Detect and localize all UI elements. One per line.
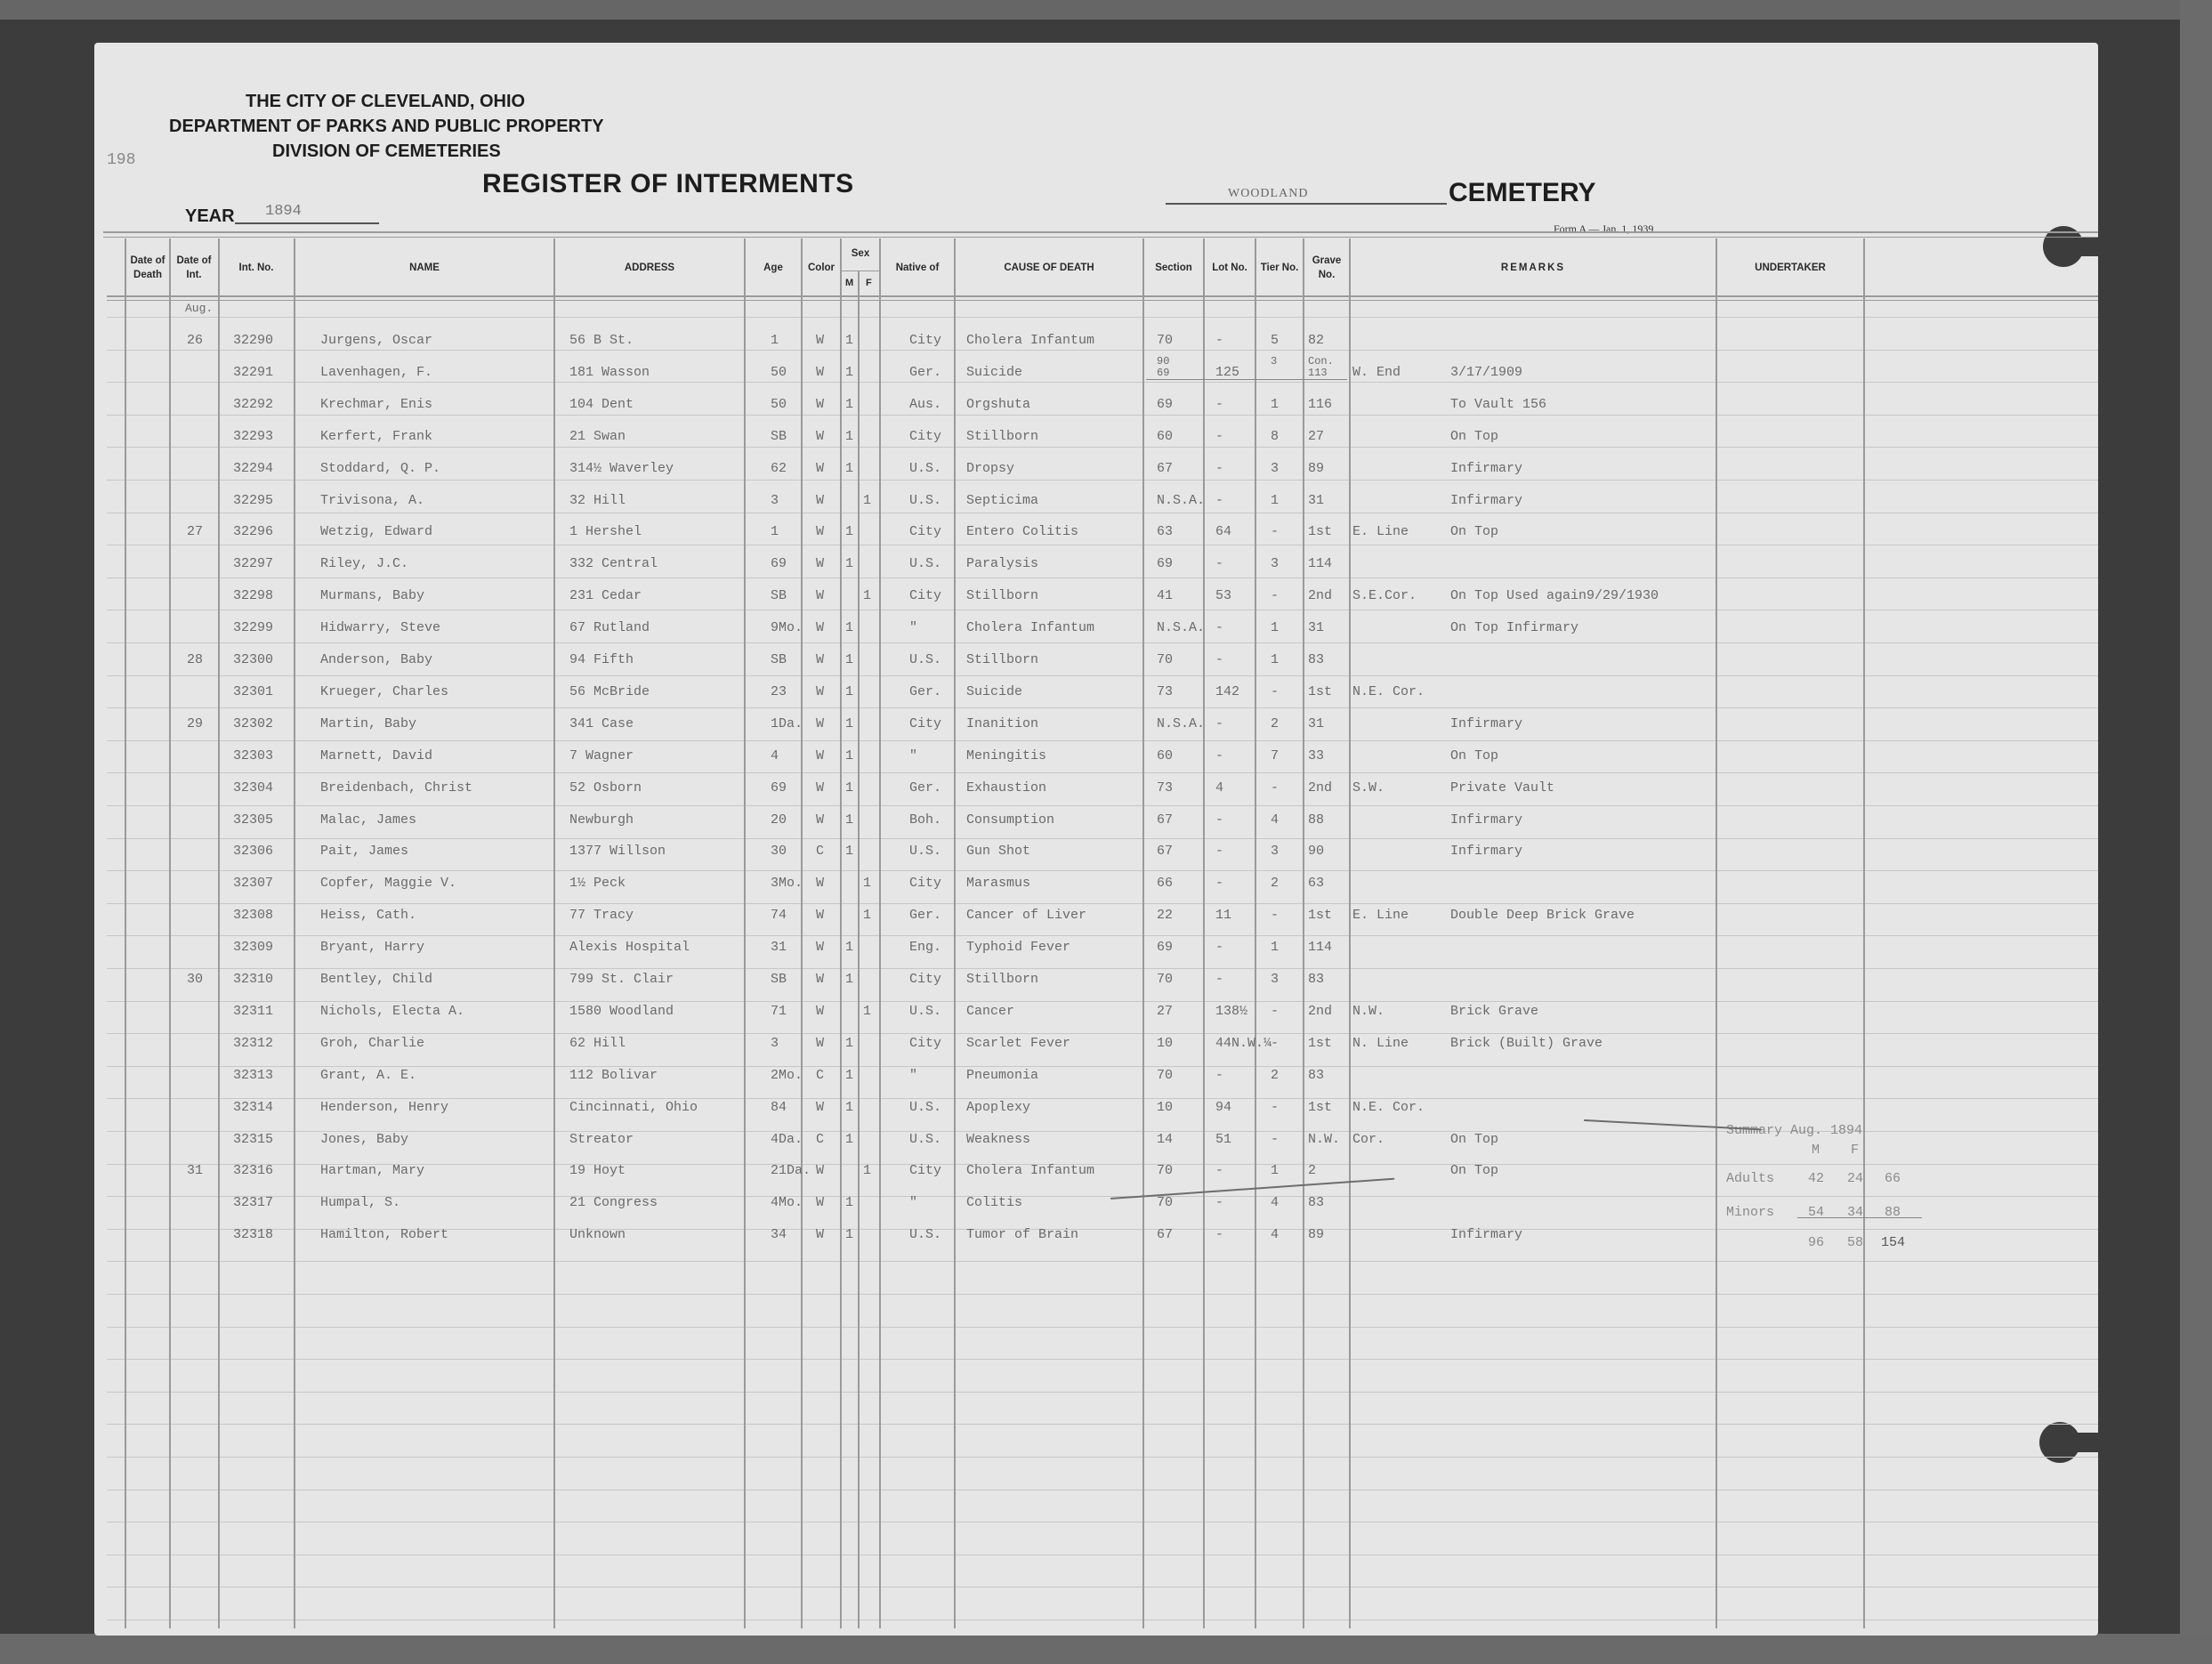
- native-of-cell: City: [909, 716, 941, 732]
- native-of-cell: City: [909, 1036, 941, 1052]
- section-cell: N.S.A.: [1157, 716, 1205, 732]
- age-cell: 3Mo.: [771, 876, 803, 892]
- cause-of-death-cell: Meningitis: [966, 748, 1046, 764]
- col-header-remarks: REMARKS: [1351, 240, 1716, 297]
- ledger-line: [107, 317, 2098, 318]
- location-cell: E. Line: [1352, 524, 1409, 540]
- native-of-cell: U.S.: [909, 493, 941, 509]
- name-cell: Bryant, Harry: [320, 940, 424, 956]
- ledger-line: [107, 870, 2098, 871]
- age-cell: 69: [771, 780, 787, 796]
- native-of-cell: City: [909, 588, 941, 604]
- grave-no-cell: 2nd: [1308, 1004, 1332, 1020]
- location-cell: N.E. Cor.: [1352, 1100, 1425, 1116]
- remarks-cell: Brick (Built) Grave: [1450, 1036, 1602, 1052]
- int-no-cell: 32303: [233, 748, 273, 764]
- mount-bottom-edge: [0, 1634, 2212, 1664]
- section-cell: 70: [1157, 1163, 1173, 1179]
- ledger-line: [107, 740, 2098, 741]
- age-cell: SB: [771, 588, 787, 604]
- ledger-line: [107, 935, 2098, 936]
- ledger-line: [107, 1001, 2098, 1002]
- address-cell: 104 Dent: [569, 397, 634, 413]
- grave-no-cell: 88: [1308, 812, 1324, 828]
- tier-no-cell: -: [1271, 684, 1279, 700]
- address-cell: 1 Hershel: [569, 524, 642, 540]
- section-cell: 67: [1157, 1227, 1173, 1243]
- int-no-cell: 32297: [233, 556, 273, 572]
- margin-page-note: 198: [107, 151, 135, 169]
- int-no-cell: 32291: [233, 365, 273, 381]
- ledger-line: [107, 838, 2098, 839]
- address-cell: 1377 Willson: [569, 844, 666, 860]
- ledger-line: [107, 903, 2098, 904]
- cause-of-death-cell: Scarlet Fever: [966, 1036, 1070, 1052]
- name-cell: Hamilton, Robert: [320, 1227, 448, 1243]
- ledger-line: [107, 1196, 2098, 1197]
- name-cell: Riley, J.C.: [320, 556, 408, 572]
- sex-m-cell: 1: [845, 1195, 853, 1211]
- name-cell: Jones, Baby: [320, 1132, 408, 1148]
- ledger-line: [107, 1424, 2098, 1425]
- col-divider: [1142, 238, 1144, 1628]
- int-no-cell: 32316: [233, 1163, 273, 1179]
- native-of-cell: City: [909, 429, 941, 445]
- color-cell: W: [816, 1004, 824, 1020]
- mount-top-edge: [0, 0, 2212, 20]
- col-divider: [553, 238, 555, 1628]
- grave-no-cell: 27: [1308, 429, 1324, 445]
- tier-no-cell: -: [1271, 524, 1279, 540]
- address-cell: Cincinnati, Ohio: [569, 1100, 698, 1116]
- summary-minors-label: Minors: [1726, 1205, 1774, 1220]
- ledger-line: [107, 1490, 2098, 1490]
- remarks-cell: On Top: [1450, 429, 1498, 445]
- color-cell: W: [816, 461, 824, 477]
- cause-of-death-cell: Stillborn: [966, 652, 1038, 668]
- date-of-int-cell: 31: [187, 1163, 203, 1179]
- name-cell: Jurgens, Oscar: [320, 333, 432, 349]
- grave-no-cell: 90: [1308, 844, 1324, 860]
- col-header-sex: Sex: [842, 240, 879, 269]
- name-cell: Hartman, Mary: [320, 1163, 424, 1179]
- name-cell: Bentley, Child: [320, 972, 432, 988]
- tier-no-cell: 5: [1271, 333, 1279, 349]
- summary-sum-rule: [1797, 1217, 1922, 1218]
- address-cell: 332 Central: [569, 556, 658, 572]
- name-cell: Krechmar, Enis: [320, 397, 432, 413]
- age-cell: 1: [771, 524, 779, 540]
- ledger-line: [107, 382, 2098, 383]
- name-cell: Trivisona, A.: [320, 493, 424, 509]
- int-no-cell: 32293: [233, 429, 273, 445]
- name-cell: Wetzig, Edward: [320, 524, 432, 540]
- color-cell: W: [816, 876, 824, 892]
- sex-f-cell: 1: [863, 908, 871, 924]
- sex-m-cell: 1: [845, 844, 853, 860]
- grave-no-cell: 89: [1308, 1227, 1324, 1243]
- lot-no-cell: -: [1215, 1163, 1223, 1179]
- color-cell: W: [816, 493, 824, 509]
- color-cell: W: [816, 588, 824, 604]
- cause-of-death-cell: Marasmus: [966, 876, 1030, 892]
- cause-of-death-cell: Weakness: [966, 1132, 1030, 1148]
- summary-col-f: F: [1851, 1143, 1859, 1158]
- summary-total-m: 96: [1808, 1235, 1824, 1250]
- address-cell: 181 Wasson: [569, 365, 650, 381]
- col-divider: [294, 238, 295, 1628]
- sex-m-cell: 1: [845, 716, 853, 732]
- color-cell: W: [816, 524, 824, 540]
- int-no-cell: 32315: [233, 1132, 273, 1148]
- sex-m-cell: 1: [845, 429, 853, 445]
- remarks-cell: On Top: [1450, 748, 1498, 764]
- lot-no-cell: 94: [1215, 1100, 1231, 1116]
- section-cell: 66: [1157, 876, 1173, 892]
- color-cell: W: [816, 940, 824, 956]
- remarks-cell: Double Deep Brick Grave: [1450, 908, 1635, 924]
- address-cell: 314½ Waverley: [569, 461, 674, 477]
- int-no-cell: 32290: [233, 333, 273, 349]
- sex-m-cell: 1: [845, 812, 853, 828]
- sex-m-cell: 1: [845, 972, 853, 988]
- age-cell: 4: [771, 748, 779, 764]
- lot-no-cell: 53: [1215, 588, 1231, 604]
- sex-m-cell: 1: [845, 652, 853, 668]
- tier-no-cell: 4: [1271, 1227, 1279, 1243]
- grave-no-cell: 1st: [1308, 1100, 1332, 1116]
- section-cell: 60: [1157, 748, 1173, 764]
- grave-no-cell: 2nd: [1308, 588, 1332, 604]
- ledger-line: [107, 1033, 2098, 1034]
- tier-no-cell: 4: [1271, 1195, 1279, 1211]
- year-label: YEAR: [185, 206, 235, 227]
- section-cell: 67: [1157, 844, 1173, 860]
- tier-no-cell: 7: [1271, 748, 1279, 764]
- location-cell: S.W.: [1352, 780, 1385, 796]
- address-cell: 341 Case: [569, 716, 634, 732]
- sex-m-cell: 1: [845, 333, 853, 349]
- section-cell: 27: [1157, 1004, 1173, 1020]
- age-cell: 84: [771, 1100, 787, 1116]
- ledger-line: [107, 772, 2098, 773]
- date-of-int-cell: 28: [187, 652, 203, 668]
- col-header-cause-of-death: CAUSE OF DEATH: [956, 240, 1142, 297]
- sex-f-cell: 1: [863, 876, 871, 892]
- grave-no-cell: 33: [1308, 748, 1324, 764]
- age-cell: 34: [771, 1227, 787, 1243]
- sex-m-cell: 1: [845, 940, 853, 956]
- grave-no-cell: Con.113: [1308, 356, 1334, 379]
- age-cell: 2Mo.: [771, 1068, 803, 1084]
- address-cell: 67 Rutland: [569, 620, 650, 636]
- location-cell: Cor.: [1352, 1132, 1385, 1148]
- col-header-tier-no: Tier No.: [1256, 240, 1303, 297]
- remarks-cell: Infirmary: [1450, 716, 1522, 732]
- color-cell: W: [816, 812, 824, 828]
- lot-no-cell: -: [1215, 876, 1223, 892]
- division-heading: DIVISION OF CEMETERIES: [272, 141, 501, 162]
- header-top-rule: [103, 231, 2098, 233]
- remarks-cell: 3/17/1909: [1450, 365, 1522, 381]
- col-divider: [1863, 238, 1865, 1628]
- col-divider: [840, 238, 842, 1628]
- cause-of-death-cell: Exhaustion: [966, 780, 1046, 796]
- section-cell: 70: [1157, 652, 1173, 668]
- color-cell: W: [816, 716, 824, 732]
- name-cell: Hidwarry, Steve: [320, 620, 440, 636]
- remarks-cell: On Top: [1450, 1132, 1498, 1148]
- form-reference: Form A — Jan. 1, 1939: [1554, 222, 1653, 236]
- tier-no-cell: 1: [1271, 940, 1279, 956]
- ledger-line: [107, 1620, 2098, 1620]
- name-cell: Humpal, S.: [320, 1195, 400, 1211]
- sex-m-cell: 1: [845, 1100, 853, 1116]
- section-cell: 67: [1157, 461, 1173, 477]
- col-header-native-of: Native of: [881, 240, 954, 297]
- lot-no-cell: -: [1215, 844, 1223, 860]
- ledger-line: [107, 415, 2098, 416]
- name-cell: Marnett, David: [320, 748, 432, 764]
- city-heading: THE CITY OF CLEVELAND, OHIO: [246, 92, 525, 112]
- cause-of-death-cell: Consumption: [966, 812, 1054, 828]
- sex-m-cell: 1: [845, 524, 853, 540]
- ledger-line: [107, 350, 2098, 351]
- ledger-line: [107, 578, 2098, 578]
- age-cell: 62: [771, 461, 787, 477]
- grave-no-cell: 116: [1308, 397, 1332, 413]
- ledger-line: [107, 1066, 2098, 1067]
- tier-no-cell: 8: [1271, 429, 1279, 445]
- date-of-int-cell: 30: [187, 972, 203, 988]
- address-cell: 1½ Peck: [569, 876, 626, 892]
- tier-no-cell: -: [1271, 1036, 1279, 1052]
- name-cell: Kerfert, Frank: [320, 429, 432, 445]
- color-cell: W: [816, 972, 824, 988]
- tier-no-cell: -: [1271, 1100, 1279, 1116]
- native-of-cell: U.S.: [909, 1100, 941, 1116]
- remarks-cell: Private Vault: [1450, 780, 1554, 796]
- ledger-line: [107, 1359, 2098, 1360]
- age-cell: 30: [771, 844, 787, 860]
- color-cell: W: [816, 748, 824, 764]
- remarks-cell: Infirmary: [1450, 1227, 1522, 1243]
- col-divider: [879, 238, 881, 1628]
- native-of-cell: ": [909, 748, 917, 764]
- age-cell: 71: [771, 1004, 787, 1020]
- col-divider: [125, 238, 126, 1628]
- sex-m-cell: 1: [845, 556, 853, 572]
- ledger-line: [107, 513, 2098, 513]
- cause-of-death-cell: Paralysis: [966, 556, 1038, 572]
- section-cell: 9069: [1157, 356, 1169, 379]
- int-no-cell: 32318: [233, 1227, 273, 1243]
- page-title: REGISTER OF INTERMENTS: [482, 169, 854, 199]
- lot-no-cell: -: [1215, 940, 1223, 956]
- col-header-date-of-int: Date of Int.: [171, 240, 217, 297]
- address-cell: 62 Hill: [569, 1036, 626, 1052]
- address-cell: 19 Hoyt: [569, 1163, 626, 1179]
- tier-no-cell: -: [1271, 908, 1279, 924]
- color-cell: W: [816, 1227, 824, 1243]
- strike-through-line: [1146, 379, 1347, 380]
- section-cell: 14: [1157, 1132, 1173, 1148]
- cause-of-death-cell: Suicide: [966, 684, 1022, 700]
- ledger-line: [107, 675, 2098, 676]
- cause-of-death-cell: Colitis: [966, 1195, 1022, 1211]
- sex-m-cell: 1: [845, 1068, 853, 1084]
- tier-no-cell: 1: [1271, 493, 1279, 509]
- sex-m-cell: 1: [845, 365, 853, 381]
- address-cell: 32 Hill: [569, 493, 626, 509]
- ledger-line: [107, 1392, 2098, 1393]
- age-cell: 21Da.: [771, 1163, 811, 1179]
- lot-no-cell: 142: [1215, 684, 1239, 700]
- summary-adults-label: Adults: [1726, 1171, 1774, 1186]
- age-cell: 3: [771, 493, 779, 509]
- cause-of-death-cell: Stillborn: [966, 972, 1038, 988]
- ledger-line: [107, 1457, 2098, 1458]
- col-header-sex-m: M: [845, 278, 853, 288]
- location-cell: W. End: [1352, 365, 1401, 381]
- native-of-cell: Aus.: [909, 397, 941, 413]
- address-cell: Newburgh: [569, 812, 634, 828]
- tier-no-cell: 3: [1271, 556, 1279, 572]
- age-cell: SB: [771, 429, 787, 445]
- name-cell: Grant, A. E.: [320, 1068, 416, 1084]
- name-cell: Groh, Charlie: [320, 1036, 424, 1052]
- header-bottom-rule-2: [107, 300, 2098, 301]
- ledger-line: [107, 1261, 2098, 1262]
- age-cell: 1Da.: [771, 716, 803, 732]
- color-cell: W: [816, 1195, 824, 1211]
- grave-no-cell: 63: [1308, 876, 1324, 892]
- age-cell: 31: [771, 940, 787, 956]
- age-cell: SB: [771, 652, 787, 668]
- lot-no-cell: -: [1215, 1195, 1223, 1211]
- color-cell: W: [816, 620, 824, 636]
- grave-no-cell: 114: [1308, 940, 1332, 956]
- age-cell: SB: [771, 972, 787, 988]
- native-of-cell: City: [909, 524, 941, 540]
- col-header-age: Age: [746, 240, 801, 297]
- native-of-cell: U.S.: [909, 1227, 941, 1243]
- lot-no-cell: 4: [1215, 780, 1223, 796]
- col-header-lot-no: Lot No.: [1205, 240, 1255, 297]
- sex-m-cell: 1: [845, 397, 853, 413]
- int-no-cell: 32317: [233, 1195, 273, 1211]
- tier-no-cell: 3: [1271, 972, 1279, 988]
- lot-no-cell: -: [1215, 461, 1223, 477]
- name-cell: Nichols, Electa A.: [320, 1004, 464, 1020]
- section-cell: 60: [1157, 429, 1173, 445]
- col-divider: [858, 271, 860, 1628]
- color-cell: W: [816, 429, 824, 445]
- grave-no-cell: 1st: [1308, 684, 1332, 700]
- remarks-cell: On Top: [1450, 1163, 1498, 1179]
- native-of-cell: ": [909, 620, 917, 636]
- section-cell: 70: [1157, 1068, 1173, 1084]
- tier-no-cell: -: [1271, 780, 1279, 796]
- tier-no-cell: 1: [1271, 397, 1279, 413]
- int-no-cell: 32299: [233, 620, 273, 636]
- col-divider: [169, 238, 171, 1628]
- cause-of-death-cell: Pneumonia: [966, 1068, 1038, 1084]
- col-divider: [1303, 238, 1304, 1628]
- sex-f-cell: 1: [863, 493, 871, 509]
- ledger-line: [107, 1522, 2098, 1523]
- col-divider: [801, 238, 803, 1628]
- location-cell: S.E.Cor.: [1352, 588, 1417, 604]
- tier-no-cell: 3: [1271, 844, 1279, 860]
- color-cell: C: [816, 844, 824, 860]
- grave-no-cell: 31: [1308, 716, 1324, 732]
- cause-of-death-cell: Apoplexy: [966, 1100, 1030, 1116]
- tier-no-cell: -: [1271, 1004, 1279, 1020]
- color-cell: C: [816, 1132, 824, 1148]
- grave-no-cell: 2: [1308, 1163, 1316, 1179]
- address-cell: 231 Cedar: [569, 588, 642, 604]
- date-of-int-cell: 29: [187, 716, 203, 732]
- native-of-cell: U.S.: [909, 556, 941, 572]
- int-no-cell: 32312: [233, 1036, 273, 1052]
- summary-grand-total: 154: [1881, 1235, 1905, 1250]
- section-cell: 69: [1157, 940, 1173, 956]
- remarks-cell: Brick Grave: [1450, 1004, 1538, 1020]
- section-cell: 69: [1157, 397, 1173, 413]
- name-cell: Krueger, Charles: [320, 684, 448, 700]
- summary-adults-m: 42: [1808, 1171, 1824, 1186]
- sex-f-cell: 1: [863, 588, 871, 604]
- sex-divider: [842, 271, 879, 271]
- address-cell: Alexis Hospital: [569, 940, 690, 956]
- col-divider: [218, 238, 220, 1628]
- native-of-cell: U.S.: [909, 1132, 941, 1148]
- native-of-cell: City: [909, 876, 941, 892]
- native-of-cell: ": [909, 1195, 917, 1211]
- cause-of-death-cell: Orgshuta: [966, 397, 1030, 413]
- department-heading: DEPARTMENT OF PARKS AND PUBLIC PROPERTY: [169, 117, 604, 137]
- section-cell: N.S.A.: [1157, 493, 1205, 509]
- cemetery-name: WOODLAND: [1228, 187, 1308, 201]
- cause-of-death-cell: Inanition: [966, 716, 1038, 732]
- col-divider: [1716, 238, 1717, 1628]
- col-divider: [1203, 238, 1205, 1628]
- age-cell: 4Mo.: [771, 1195, 803, 1211]
- location-cell: N. Line: [1352, 1036, 1409, 1052]
- col-divider: [954, 238, 956, 1628]
- age-cell: 23: [771, 684, 787, 700]
- address-cell: 1580 Woodland: [569, 1004, 674, 1020]
- sex-m-cell: 1: [845, 1227, 853, 1243]
- col-divider: [744, 238, 746, 1628]
- tier-no-cell: 3: [1271, 356, 1277, 368]
- name-cell: Breidenbach, Christ: [320, 780, 472, 796]
- cause-of-death-cell: Typhoid Fever: [966, 940, 1070, 956]
- ledger-line: [107, 968, 2098, 969]
- native-of-cell: City: [909, 333, 941, 349]
- lot-no-cell: -: [1215, 333, 1223, 349]
- ledger-line: [107, 1294, 2098, 1295]
- lot-no-cell: -: [1215, 812, 1223, 828]
- ledger-line: [107, 805, 2098, 806]
- grave-no-cell: 82: [1308, 333, 1324, 349]
- section-cell: 73: [1157, 780, 1173, 796]
- ledger-line: [107, 545, 2098, 545]
- remarks-cell: Infirmary: [1450, 844, 1522, 860]
- lot-no-cell: 44N.W.¼: [1215, 1036, 1271, 1052]
- age-cell: 50: [771, 365, 787, 381]
